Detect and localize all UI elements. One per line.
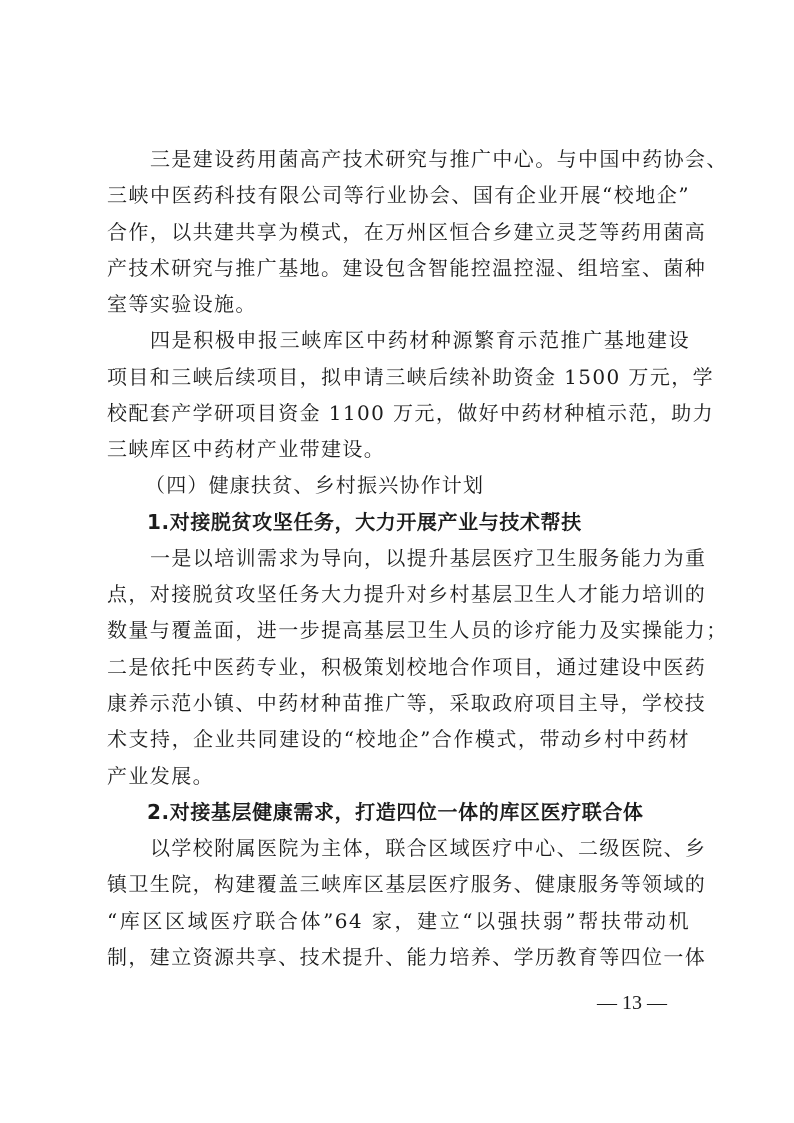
text-line: 产技术研究与推广基地。建设包含智能控温控湿、组培室、菌种	[107, 250, 690, 286]
text-line: 一是以培训需求为导向，以提升基层医疗卫生服务能力为重	[107, 540, 690, 576]
text-line: 四是积极申报三峡库区中药材种源繁育示范推广基地建设	[107, 322, 690, 358]
page-number: — 13 —	[592, 990, 672, 1016]
subsection-heading-1: 1.对接脱贫攻坚任务，大力开展产业与技术帮扶	[107, 504, 690, 540]
text-line: 术支持，企业共同建设的“校地企”合作模式，带动乡村中药材	[107, 721, 690, 757]
subsection-heading-2: 2.对接基层健康需求，打造四位一体的库区医疗联合体	[107, 794, 690, 830]
text-line: 康养示范小镇、中药材种苗推广等，采取政府项目主导，学校技	[107, 685, 690, 721]
text-line: 室等实验设施。	[107, 286, 690, 322]
text-line: 三峡中医药科技有限公司等行业协会、国有企业开展“校地企”	[107, 177, 690, 213]
text-line: 镇卫生院，构建覆盖三峡库区基层医疗服务、健康服务等领域的	[107, 866, 690, 902]
text-line: 产业发展。	[107, 758, 690, 794]
paragraph-medical-alliance: 以学校附属医院为主体，联合区域医疗中心、二级医院、乡 镇卫生院，构建覆盖三峡库区…	[107, 830, 690, 975]
text-line: 校配套产学研项目资金 1100 万元，做好中药材种植示范，助力	[107, 395, 690, 431]
text-line: 合作，以共建共享为模式，在万州区恒合乡建立灵芝等药用菌高	[107, 214, 690, 250]
paragraph-training: 一是以培训需求为导向，以提升基层医疗卫生服务能力为重 点，对接脱贫攻坚任务大力提…	[107, 540, 690, 794]
text-line: 制，建立资源共享、技术提升、能力培养、学历教育等四位一体	[107, 939, 690, 975]
text-line: 三是建设药用菌高产技术研究与推广中心。与中国中药协会、	[107, 141, 690, 177]
text-line: 数量与覆盖面，进一步提高基层卫生人员的诊疗能力及实操能力；	[107, 612, 690, 648]
text-line: 三峡库区中药材产业带建设。	[107, 431, 690, 467]
text-line: “库区区域医疗联合体”64 家，建立“以强扶弱”帮扶带动机	[107, 903, 690, 939]
section-heading: （四）健康扶贫、乡村振兴协作计划	[107, 467, 690, 503]
document-page-body: 三是建设药用菌高产技术研究与推广中心。与中国中药协会、 三峡中医药科技有限公司等…	[107, 141, 690, 975]
paragraph-seed-base: 四是积极申报三峡库区中药材种源繁育示范推广基地建设 项目和三峡后续项目，拟申请三…	[107, 322, 690, 467]
text-line: 以学校附属医院为主体，联合区域医疗中心、二级医院、乡	[107, 830, 690, 866]
text-line: 二是依托中医药专业，积极策划校地合作项目，通过建设中医药	[107, 649, 690, 685]
text-line: 点，对接脱贫攻坚任务大力提升对乡村基层卫生人才能力培训的	[107, 576, 690, 612]
text-line: 项目和三峡后续项目，拟申请三峡后续补助资金 1500 万元，学	[107, 359, 690, 395]
paragraph-herb-fungi-center: 三是建设药用菌高产技术研究与推广中心。与中国中药协会、 三峡中医药科技有限公司等…	[107, 141, 690, 322]
